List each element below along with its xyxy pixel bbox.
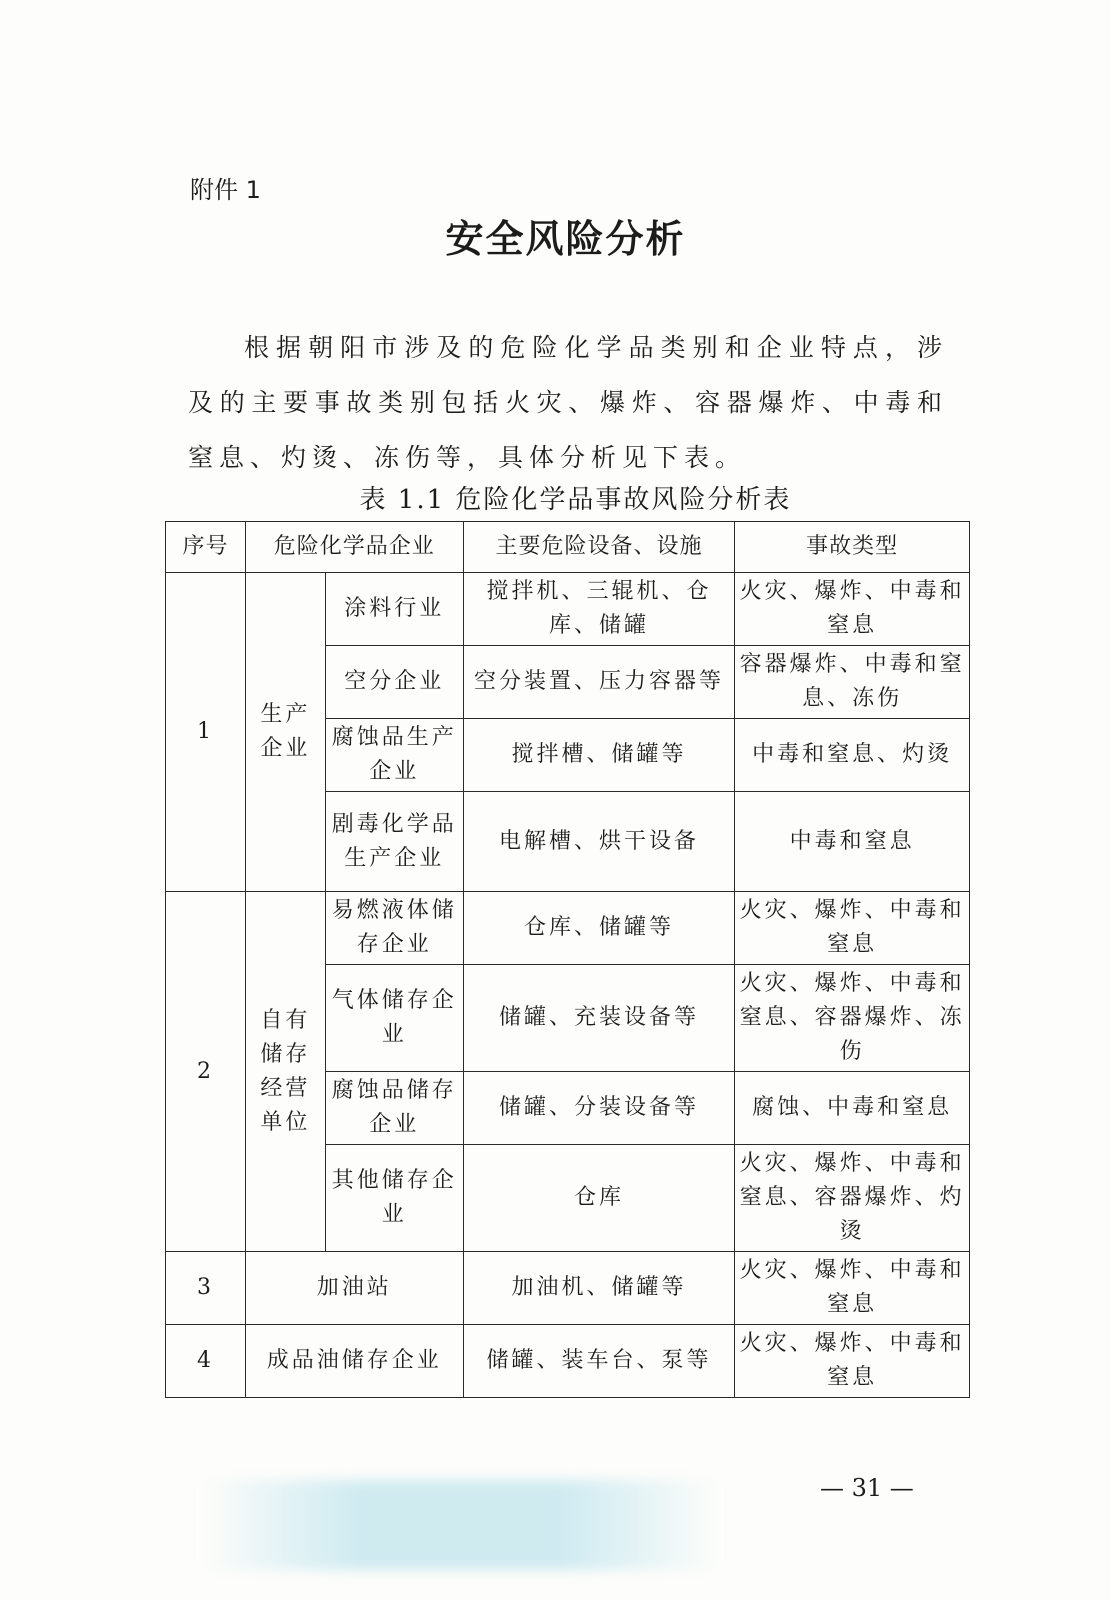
row-type: 气体储存企业 bbox=[325, 965, 463, 1072]
row-accidents: 中毒和窒息 bbox=[735, 792, 970, 892]
row-accidents: 火灾、爆炸、中毒和窒息 bbox=[735, 1252, 970, 1325]
row-type: 其他储存企业 bbox=[325, 1145, 463, 1252]
table-row: 1 生产企业 涂料行业 搅拌机、三辊机、仓库、储罐 火灾、爆炸、中毒和窒息 bbox=[166, 573, 970, 646]
row-accidents: 火灾、爆炸、中毒和窒息、容器爆炸、灼烫 bbox=[735, 1145, 970, 1252]
row-type: 腐蚀品生产企业 bbox=[325, 719, 463, 792]
header-enterprise: 危险化学品企业 bbox=[245, 522, 463, 573]
row-category: 自有储存经营单位 bbox=[245, 892, 325, 1252]
row-type: 空分企业 bbox=[325, 646, 463, 719]
table-header-row: 序号 危险化学品企业 主要危险设备、设施 事故类型 bbox=[166, 522, 970, 573]
intro-paragraph: 根据朝阳市涉及的危险化学品类别和企业特点，涉及的主要事故类别包括火灾、爆炸、容器… bbox=[188, 320, 948, 485]
header-accident-type: 事故类型 bbox=[735, 522, 970, 573]
row-no: 2 bbox=[166, 892, 246, 1252]
row-equipment: 电解槽、烘干设备 bbox=[463, 792, 735, 892]
row-no: 4 bbox=[166, 1325, 246, 1398]
page-title: 安全风险分析 bbox=[0, 208, 1111, 263]
row-type: 易燃液体储存企业 bbox=[325, 892, 463, 965]
row-equipment: 储罐、充装设备等 bbox=[463, 965, 735, 1072]
row-accidents: 火灾、爆炸、中毒和窒息 bbox=[735, 573, 970, 646]
row-no: 1 bbox=[166, 573, 246, 892]
risk-analysis-table: 序号 危险化学品企业 主要危险设备、设施 事故类型 1 生产企业 涂料行业 搅拌… bbox=[165, 521, 970, 1398]
row-accidents: 火灾、爆炸、中毒和窒息 bbox=[735, 892, 970, 965]
row-category: 加油站 bbox=[245, 1252, 463, 1325]
row-equipment: 储罐、分装设备等 bbox=[463, 1072, 735, 1145]
row-type: 涂料行业 bbox=[325, 573, 463, 646]
row-equipment: 空分装置、压力容器等 bbox=[463, 646, 735, 719]
row-category: 成品油储存企业 bbox=[245, 1325, 463, 1398]
row-accidents: 中毒和窒息、灼烫 bbox=[735, 719, 970, 792]
header-equipment: 主要危险设备、设施 bbox=[463, 522, 735, 573]
row-accidents: 腐蚀、中毒和窒息 bbox=[735, 1072, 970, 1145]
row-equipment: 仓库、储罐等 bbox=[463, 892, 735, 965]
attachment-label: 附件 1 bbox=[190, 170, 261, 205]
row-equipment: 仓库 bbox=[463, 1145, 735, 1252]
row-no: 3 bbox=[166, 1252, 246, 1325]
row-accidents: 火灾、爆炸、中毒和窒息 bbox=[735, 1325, 970, 1398]
row-equipment: 储罐、装车台、泵等 bbox=[463, 1325, 735, 1398]
table-caption: 表 1.1 危险化学品事故风险分析表 bbox=[0, 479, 1111, 516]
row-category: 生产企业 bbox=[245, 573, 325, 892]
row-type: 剧毒化学品生产企业 bbox=[325, 792, 463, 892]
row-equipment: 搅拌机、三辊机、仓库、储罐 bbox=[463, 573, 735, 646]
row-accidents: 容器爆炸、中毒和窒息、冻伤 bbox=[735, 646, 970, 719]
table-row: 2 自有储存经营单位 易燃液体储存企业 仓库、储罐等 火灾、爆炸、中毒和窒息 bbox=[166, 892, 970, 965]
row-equipment: 搅拌槽、储罐等 bbox=[463, 719, 735, 792]
row-type: 腐蚀品储存企业 bbox=[325, 1072, 463, 1145]
table-row: 4 成品油储存企业 储罐、装车台、泵等 火灾、爆炸、中毒和窒息 bbox=[166, 1325, 970, 1398]
table-row: 3 加油站 加油机、储罐等 火灾、爆炸、中毒和窒息 bbox=[166, 1252, 970, 1325]
row-equipment: 加油机、储罐等 bbox=[463, 1252, 735, 1325]
page-number: — 31 — bbox=[820, 1474, 914, 1502]
row-accidents: 火灾、爆炸、中毒和窒息、容器爆炸、冻伤 bbox=[735, 965, 970, 1072]
header-no: 序号 bbox=[166, 522, 246, 573]
scan-artifact bbox=[200, 1480, 720, 1570]
